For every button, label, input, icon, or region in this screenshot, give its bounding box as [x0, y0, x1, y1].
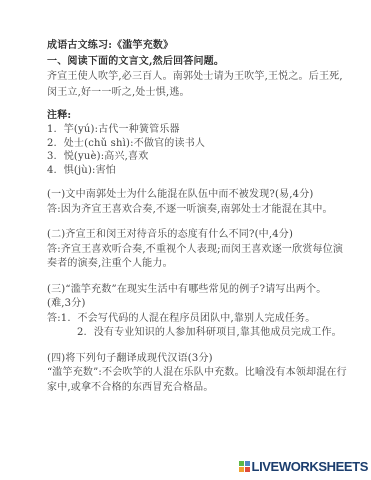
question-block-4: (四)将下列句子翻译成现代汉语(3分) “滥竽充数”:不会吹竽的人混在乐队中充数… [47, 352, 347, 396]
page-title: 成语古文练习:《滥竽充数》 [47, 38, 347, 54]
notes-heading: 注释: [47, 109, 347, 123]
logo-square-orange [239, 467, 244, 472]
logo-square-red [245, 467, 250, 472]
answer-text: 答:1. 不会写代码的人混在程序员团队中,靠别人完成任务。 [47, 312, 347, 327]
answer-text: “滥竽充数”:不会吹竽的人混在乐队中充数。比喻没有本领却混在行家中,或拿不合格的… [47, 366, 347, 395]
logo-square-green [239, 461, 244, 466]
liveworksheets-grid-icon [239, 461, 250, 472]
question-text: (三)“滥竽充数”在现实生活中有哪些常见的例子?请写出两个。(难,3分) [47, 283, 347, 312]
liveworksheets-logo: LIVEWORKSHEETS [239, 459, 368, 474]
note-item: 4. 惧(jù):害怕 [47, 164, 347, 178]
question-text: (一)文中南郭处士为什么能混在队伍中而不被发现?(易,4分) [47, 188, 347, 203]
question-text: (四)将下列句子翻译成现代汉语(3分) [47, 352, 347, 367]
brand-wordmark: LIVEWORKSHEETS [252, 459, 368, 474]
note-item: 2. 处士(chǔ shì):不做官的读书人 [47, 137, 347, 151]
question-block-3: (三)“滥竽充数”在现实生活中有哪些常见的例子?请写出两个。(难,3分) 答:1… [47, 283, 347, 341]
note-item: 3. 悦(yuè):高兴,喜欢 [47, 150, 347, 164]
answer-text: 答:齐宣王喜欢听合奏,不重视个人表现;而闵王喜欢逐一欣赏每位演奏者的演奏,注重个… [47, 243, 347, 272]
classical-passage: 齐宣王使人吹竽,必三百人。南郭处士请为王吹竽,王悦之。后王死,闵王立,好一一听之… [47, 69, 347, 100]
answer-text: 答:因为齐宣王喜欢合奏,不逐一听演奏,南郭处士才能混在其中。 [47, 203, 347, 218]
question-block-1: (一)文中南郭处士为什么能混在队伍中而不被发现?(易,4分) 答:因为齐宣王喜欢… [47, 188, 347, 217]
logo-square-blue [245, 461, 250, 466]
answer-text: 2. 没有专业知识的人参加科研项目,靠其他成员完成工作。 [77, 326, 347, 341]
question-text: (二)齐宣王和闵王对待音乐的态度有什么不同?(中,4分) [47, 228, 347, 243]
note-item: 1. 竽(yú):古代一种簧管乐器 [47, 123, 347, 137]
question-block-2: (二)齐宣王和闵王对待音乐的态度有什么不同?(中,4分) 答:齐宣王喜欢听合奏,… [47, 228, 347, 272]
worksheet-page: 成语古文练习:《滥竽充数》 一、阅读下面的文言文,然后回答问题。 齐宣王使人吹竽… [47, 38, 347, 395]
notes-section: 注释: 1. 竽(yú):古代一种簧管乐器 2. 处士(chǔ shì):不做官… [47, 109, 347, 177]
section-heading: 一、阅读下面的文言文,然后回答问题。 [47, 54, 347, 70]
